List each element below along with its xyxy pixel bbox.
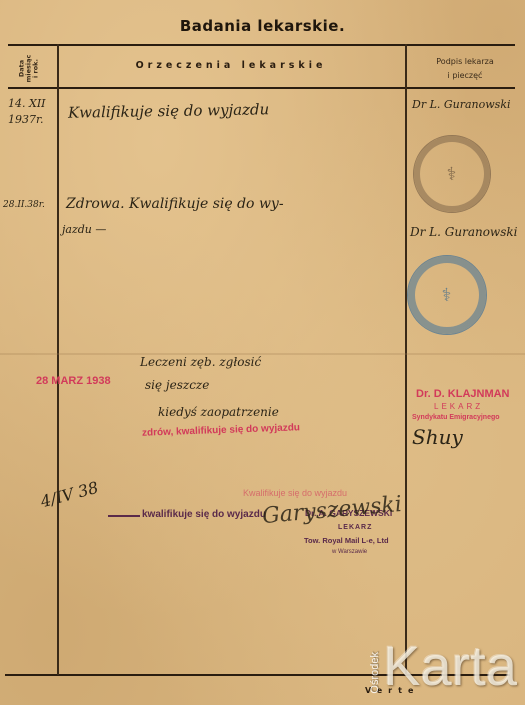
entry-4-doctor-stamp-org: Tow. Royal Mail L-e, Ltd [304, 536, 389, 545]
osrodek-karta-watermark: Ośrodek Karta [369, 638, 517, 694]
entry-2-finding-line1: Zdrowa. Kwalifikuje się do wy- [66, 196, 284, 212]
entry-2-doctor-seal: ⚕ [407, 255, 487, 335]
entry-1-date-line2: 1937r. [8, 113, 44, 126]
paper-fold-line [0, 353, 525, 355]
entry-4-overlay-stamp: Kwalifikuje się do wyjazdu [243, 488, 347, 498]
entry-2-finding-line2: jazdu — [62, 223, 106, 236]
entry-1-finding: Kwalifikuje się do wyjazdu [68, 100, 270, 122]
entry-4-finding-stamp: kwalifikuje się do wyjazdu [108, 509, 266, 520]
caduceus-icon: ⚕ [447, 164, 458, 185]
entry-3-finding-line3: kiedyś zaopatrzenie [158, 405, 279, 419]
watermark-small-text: Ośrodek [369, 652, 381, 694]
entry-1-date-line1: 14. XII [8, 97, 46, 110]
entry-3-doctor-stamp-name: Dr. D. KLAJNMAN [416, 388, 510, 400]
entry-3-signature: Shuy [412, 425, 463, 449]
entry-2-signature: Dr L. Guranowski [410, 225, 517, 239]
table-top-border [8, 44, 515, 46]
header-signature: Podpis lekarza i pieczęć [405, 55, 525, 83]
document-title: Badania lekarskie. [0, 17, 525, 35]
entry-4-finding-text: kwalifikuje się do wyjazdu [142, 509, 266, 520]
entry-3-finding-line1: Leczeni zęb. zgłosić [140, 355, 261, 369]
entry-4-date: 4/IV 38 [39, 478, 101, 512]
entry-1-doctor-seal: ⚕ [413, 135, 491, 213]
signature-column-divider [405, 44, 407, 675]
header-date-label: Data miesiąc i rok. [19, 54, 40, 82]
header-signature-line1: Podpis lekarza [405, 55, 525, 69]
entry-3-finding-line2: się jeszcze [145, 378, 209, 392]
entry-3-finding-stamp: zdrów, kwalifikuje się do wyjazdu [142, 422, 300, 439]
entry-2-date: 28.II.38r. [3, 200, 45, 210]
header-bottom-border [8, 87, 515, 89]
watermark-big-text: Karta [383, 638, 517, 694]
entry-1-signature: Dr L. Guranowski [412, 98, 511, 111]
header-signature-line2: i pieczęć [405, 69, 525, 83]
caduceus-icon: ⚕ [442, 285, 453, 306]
entry-4-doctor-stamp-title: LEKARZ [338, 524, 372, 531]
entry-4-doctor-stamp-city: w Warszawie [332, 549, 367, 555]
entry-3-doctor-stamp-title: LEKARZ [434, 402, 483, 411]
date-column-divider [57, 44, 59, 675]
header-findings: Orzeczenia lekarskie [57, 60, 405, 71]
entry-3-date-stamp: 28 MARZ 1938 [36, 375, 111, 387]
entry-3-doctor-stamp-org: Syndykatu Emigracyjnego [412, 414, 500, 421]
header-date: Data miesiąc i rok. [6, 50, 52, 86]
